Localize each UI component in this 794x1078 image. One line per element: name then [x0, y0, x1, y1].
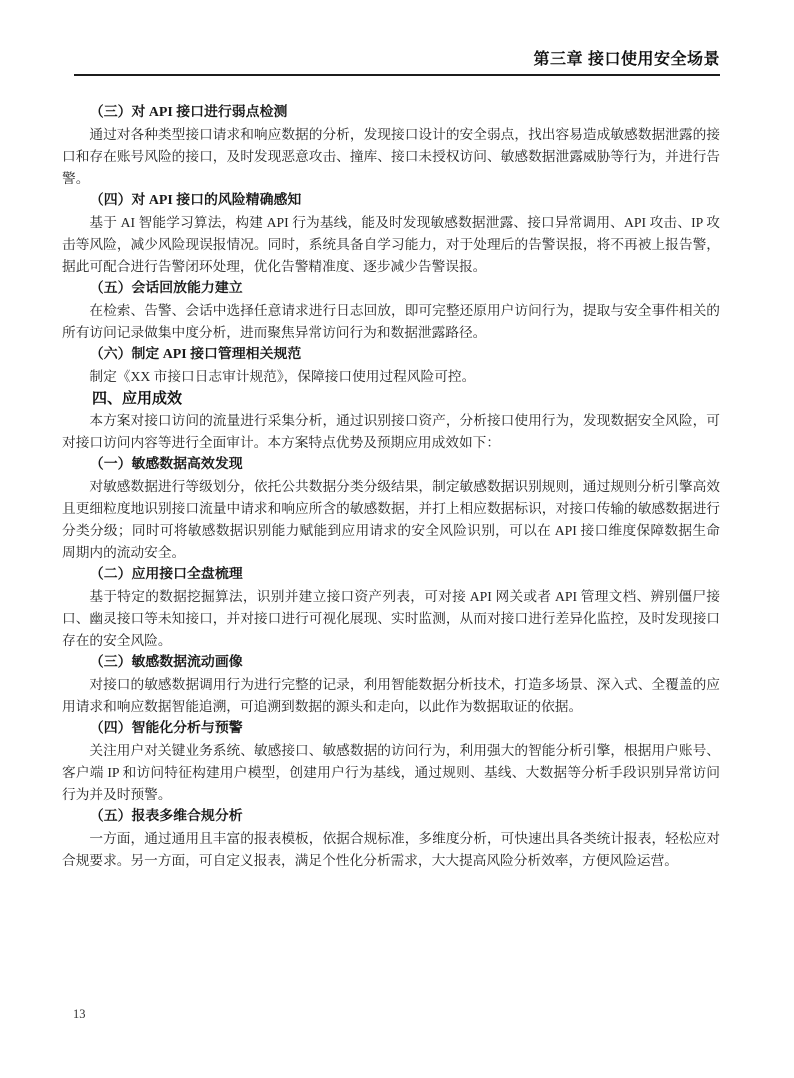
subheading-data-flow-portrait: （三）敏感数据流动画像	[62, 652, 720, 674]
document-body: （三）对 API 接口进行弱点检测 通过对各种类型接口请求和响应数据的分析，发现…	[62, 102, 720, 872]
heading-application-results: 四、应用成效	[62, 388, 720, 410]
body-paragraph: 基于特定的数据挖掘算法，识别并建立接口资产列表，可对接 API 网关或者 API…	[62, 586, 720, 652]
subheading-session-replay: （五）会话回放能力建立	[62, 278, 720, 300]
subheading-sensitive-data-discovery: （一）敏感数据高效发现	[62, 454, 720, 476]
body-paragraph: 本方案对接口访问的流量进行采集分析，通过识别接口资产，分析接口使用行为，发现数据…	[62, 410, 720, 454]
body-paragraph: 在检索、告警、会话中选择任意请求进行日志回放，即可完整还原用户访问行为，提取与安…	[62, 300, 720, 344]
header-rule-divider	[74, 74, 720, 76]
body-paragraph: 制定《XX 市接口日志审计规范》，保障接口使用过程风险可控。	[62, 366, 720, 388]
subheading-api-inventory: （二）应用接口全盘梳理	[62, 564, 720, 586]
document-page: 第三章 接口使用安全场景 （三）对 API 接口进行弱点检测 通过对各种类型接口…	[0, 0, 794, 1078]
subheading-report-compliance-analysis: （五）报表多维合规分析	[62, 806, 720, 828]
running-head-chapter-title: 第三章 接口使用安全场景	[62, 0, 720, 69]
page-number: 13	[73, 1007, 86, 1022]
subheading-api-weakness-detection: （三）对 API 接口进行弱点检测	[62, 102, 720, 124]
body-paragraph: 基于 AI 智能学习算法，构建 API 行为基线，能及时发现敏感数据泄露、接口异…	[62, 212, 720, 278]
body-paragraph: 一方面，通过通用且丰富的报表模板，依据合规标准，多维度分析，可快速出具各类统计报…	[62, 828, 720, 872]
body-paragraph: 对敏感数据进行等级划分，依托公共数据分类分级结果，制定敏感数据识别规则，通过规则…	[62, 476, 720, 564]
subheading-api-management-spec: （六）制定 API 接口管理相关规范	[62, 344, 720, 366]
subheading-intelligent-analysis-warning: （四）智能化分析与预警	[62, 718, 720, 740]
body-paragraph: 通过对各种类型接口请求和响应数据的分析，发现接口设计的安全弱点，找出容易造成敏感…	[62, 124, 720, 190]
content-column: 第三章 接口使用安全场景 （三）对 API 接口进行弱点检测 通过对各种类型接口…	[62, 0, 720, 872]
subheading-api-risk-perception: （四）对 API 接口的风险精确感知	[62, 190, 720, 212]
body-paragraph: 对接口的敏感数据调用行为进行完整的记录，利用智能数据分析技术，打造多场景、深入式…	[62, 674, 720, 718]
body-paragraph: 关注用户对关键业务系统、敏感接口、敏感数据的访问行为，利用强大的智能分析引擎，根…	[62, 740, 720, 806]
